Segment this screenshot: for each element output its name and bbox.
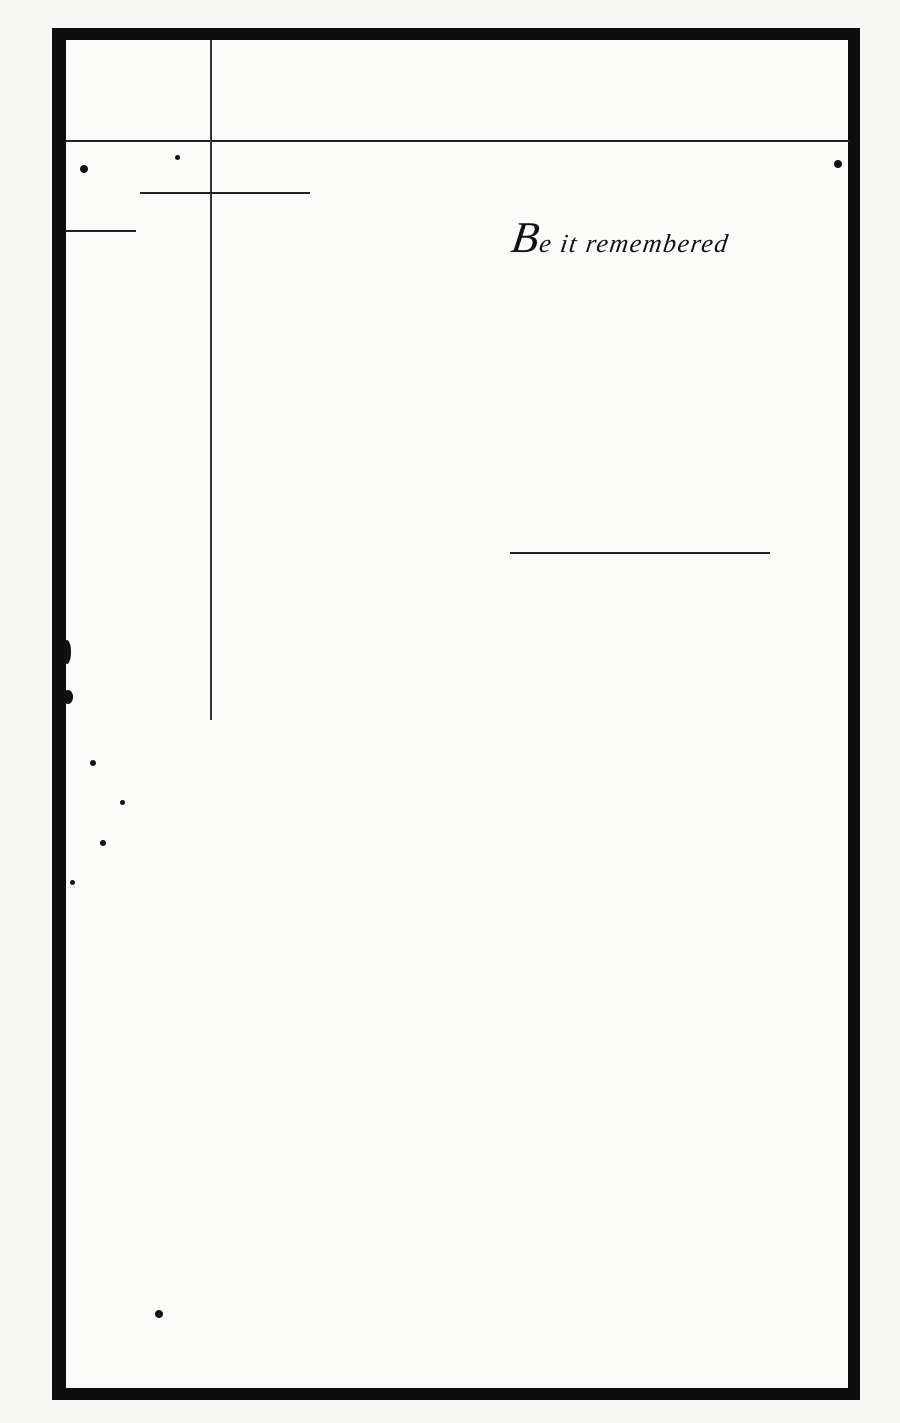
scan-speck [175,155,180,160]
scan-speck [100,840,106,846]
scan-speck [63,640,71,664]
scan-speck [155,1310,163,1318]
scan-speck [834,160,842,168]
margin-tick [66,230,136,232]
margin-rule [210,40,212,720]
scan-speck [80,165,88,173]
scan-speck [120,800,125,805]
scan-speck [63,690,73,704]
header-rule [66,140,850,142]
scan-speck [90,760,96,766]
opening-rest: e it remembered [538,229,732,258]
heading-state-strike [140,192,310,194]
scan-speck [70,880,75,885]
document-frame [52,28,860,1400]
name-underline [510,552,770,554]
heading-opening: Be it remembered [508,212,733,263]
